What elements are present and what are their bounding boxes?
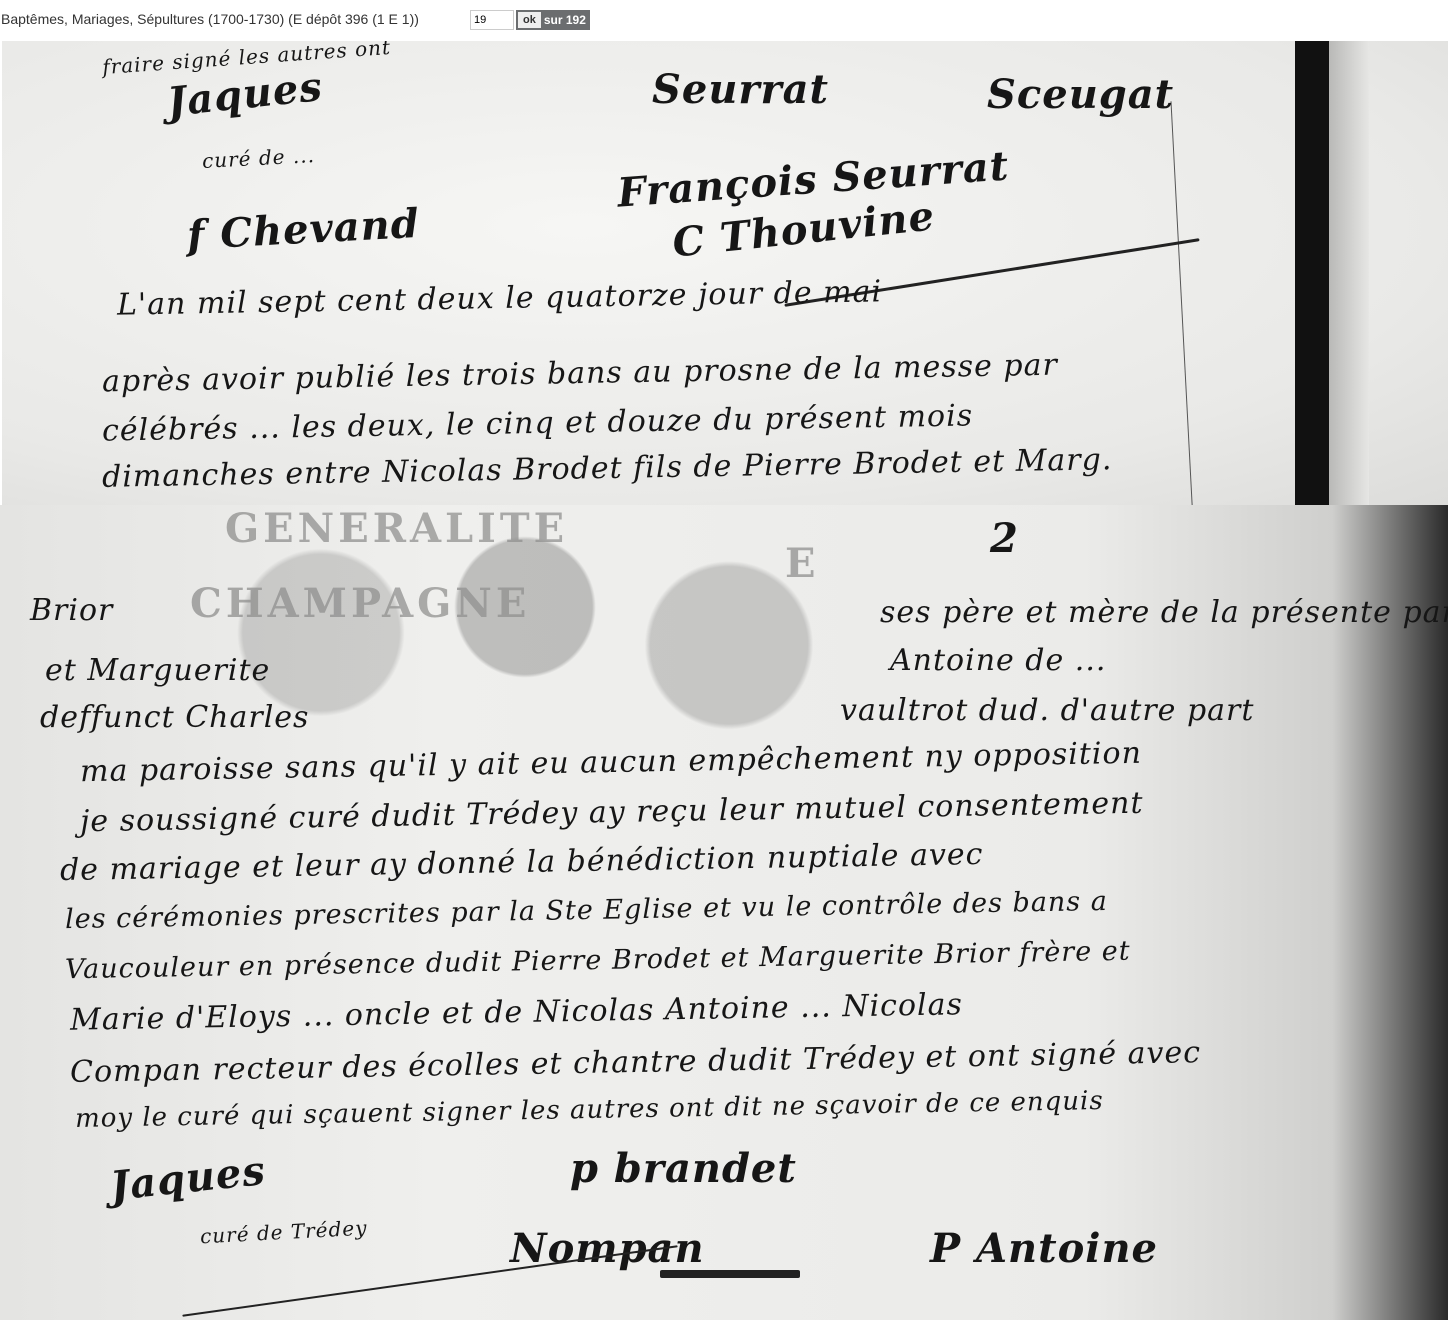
- flourish-stroke: [182, 1245, 677, 1317]
- handwritten-line: Brior: [30, 593, 113, 628]
- signature: Seurrat: [652, 66, 829, 113]
- margin-rule: [1170, 101, 1194, 505]
- handwritten-line: célébrés ... les deux, le cinq et douze …: [102, 398, 974, 448]
- manuscript-scan-top: fraire signé les autres ont Jaques curé …: [2, 41, 1448, 505]
- handwritten-line: je soussigné curé dudit Trédey ay reçu l…: [80, 786, 1144, 840]
- signature: Sceugat: [987, 71, 1174, 118]
- handwritten-line: Marie d'Eloys ... oncle et de Nicolas An…: [70, 987, 963, 1038]
- pager-controls: ok sur 192: [516, 10, 590, 30]
- signature: Jaques: [108, 1147, 268, 1210]
- handwritten-line: vaultrot dud. d'autre part: [840, 693, 1254, 728]
- stamp-text: GENERALITE: [225, 505, 568, 552]
- handwritten-line: et Marguerite: [45, 653, 270, 688]
- handwritten-line: L'an mil sept cent deux le quatorze jour…: [117, 274, 883, 322]
- handwritten-line: de mariage et leur ay donné la bénédicti…: [60, 837, 984, 888]
- flourish-stroke: [660, 1270, 800, 1278]
- signature: P Antoine: [930, 1225, 1158, 1272]
- signature: f Chevand: [186, 200, 421, 259]
- page-folio-number: 2: [990, 515, 1019, 562]
- handwritten-line: après avoir publié les trois bans au pro…: [102, 348, 1058, 400]
- binding-gutter: [1295, 41, 1329, 505]
- handwritten-line: curé de Trédey: [199, 1216, 368, 1249]
- signature: p brandet: [570, 1145, 797, 1192]
- total-pages-label: sur 192: [544, 13, 586, 27]
- viewer-toolbar: Baptêmes, Mariages, Sépultures (1700-173…: [0, 0, 1448, 41]
- page-edge-shadow: [1329, 41, 1369, 505]
- handwritten-line: dimanches entre Nicolas Brodet fils de P…: [102, 442, 1113, 495]
- manuscript-scan-bottom: GENERALITE CHAMPAGNE E 2 Brior ses père …: [0, 505, 1448, 1320]
- page-number-input[interactable]: [470, 10, 514, 30]
- stamp-text: E: [785, 540, 820, 587]
- stamp-text: CHAMPAGNE: [190, 580, 530, 627]
- go-to-page-button[interactable]: ok: [518, 12, 541, 28]
- handwritten-line: deffunct Charles: [40, 700, 309, 735]
- handwritten-line: curé de ...: [201, 143, 315, 173]
- handwritten-line: moy le curé qui sçauent signer les autre…: [75, 1086, 1104, 1134]
- handwritten-line: les cérémonies prescrites par la Ste Egl…: [65, 886, 1108, 935]
- document-title: Baptêmes, Mariages, Sépultures (1700-173…: [1, 11, 419, 27]
- handwritten-line: Vaucouleur en présence dudit Pierre Brod…: [65, 936, 1131, 986]
- handwritten-line: ses père et mère de la présente paroisse: [880, 595, 1448, 630]
- handwritten-line: Compan recteur des écolles et chantre du…: [70, 1035, 1201, 1090]
- handwritten-line: Antoine de ...: [890, 643, 1106, 678]
